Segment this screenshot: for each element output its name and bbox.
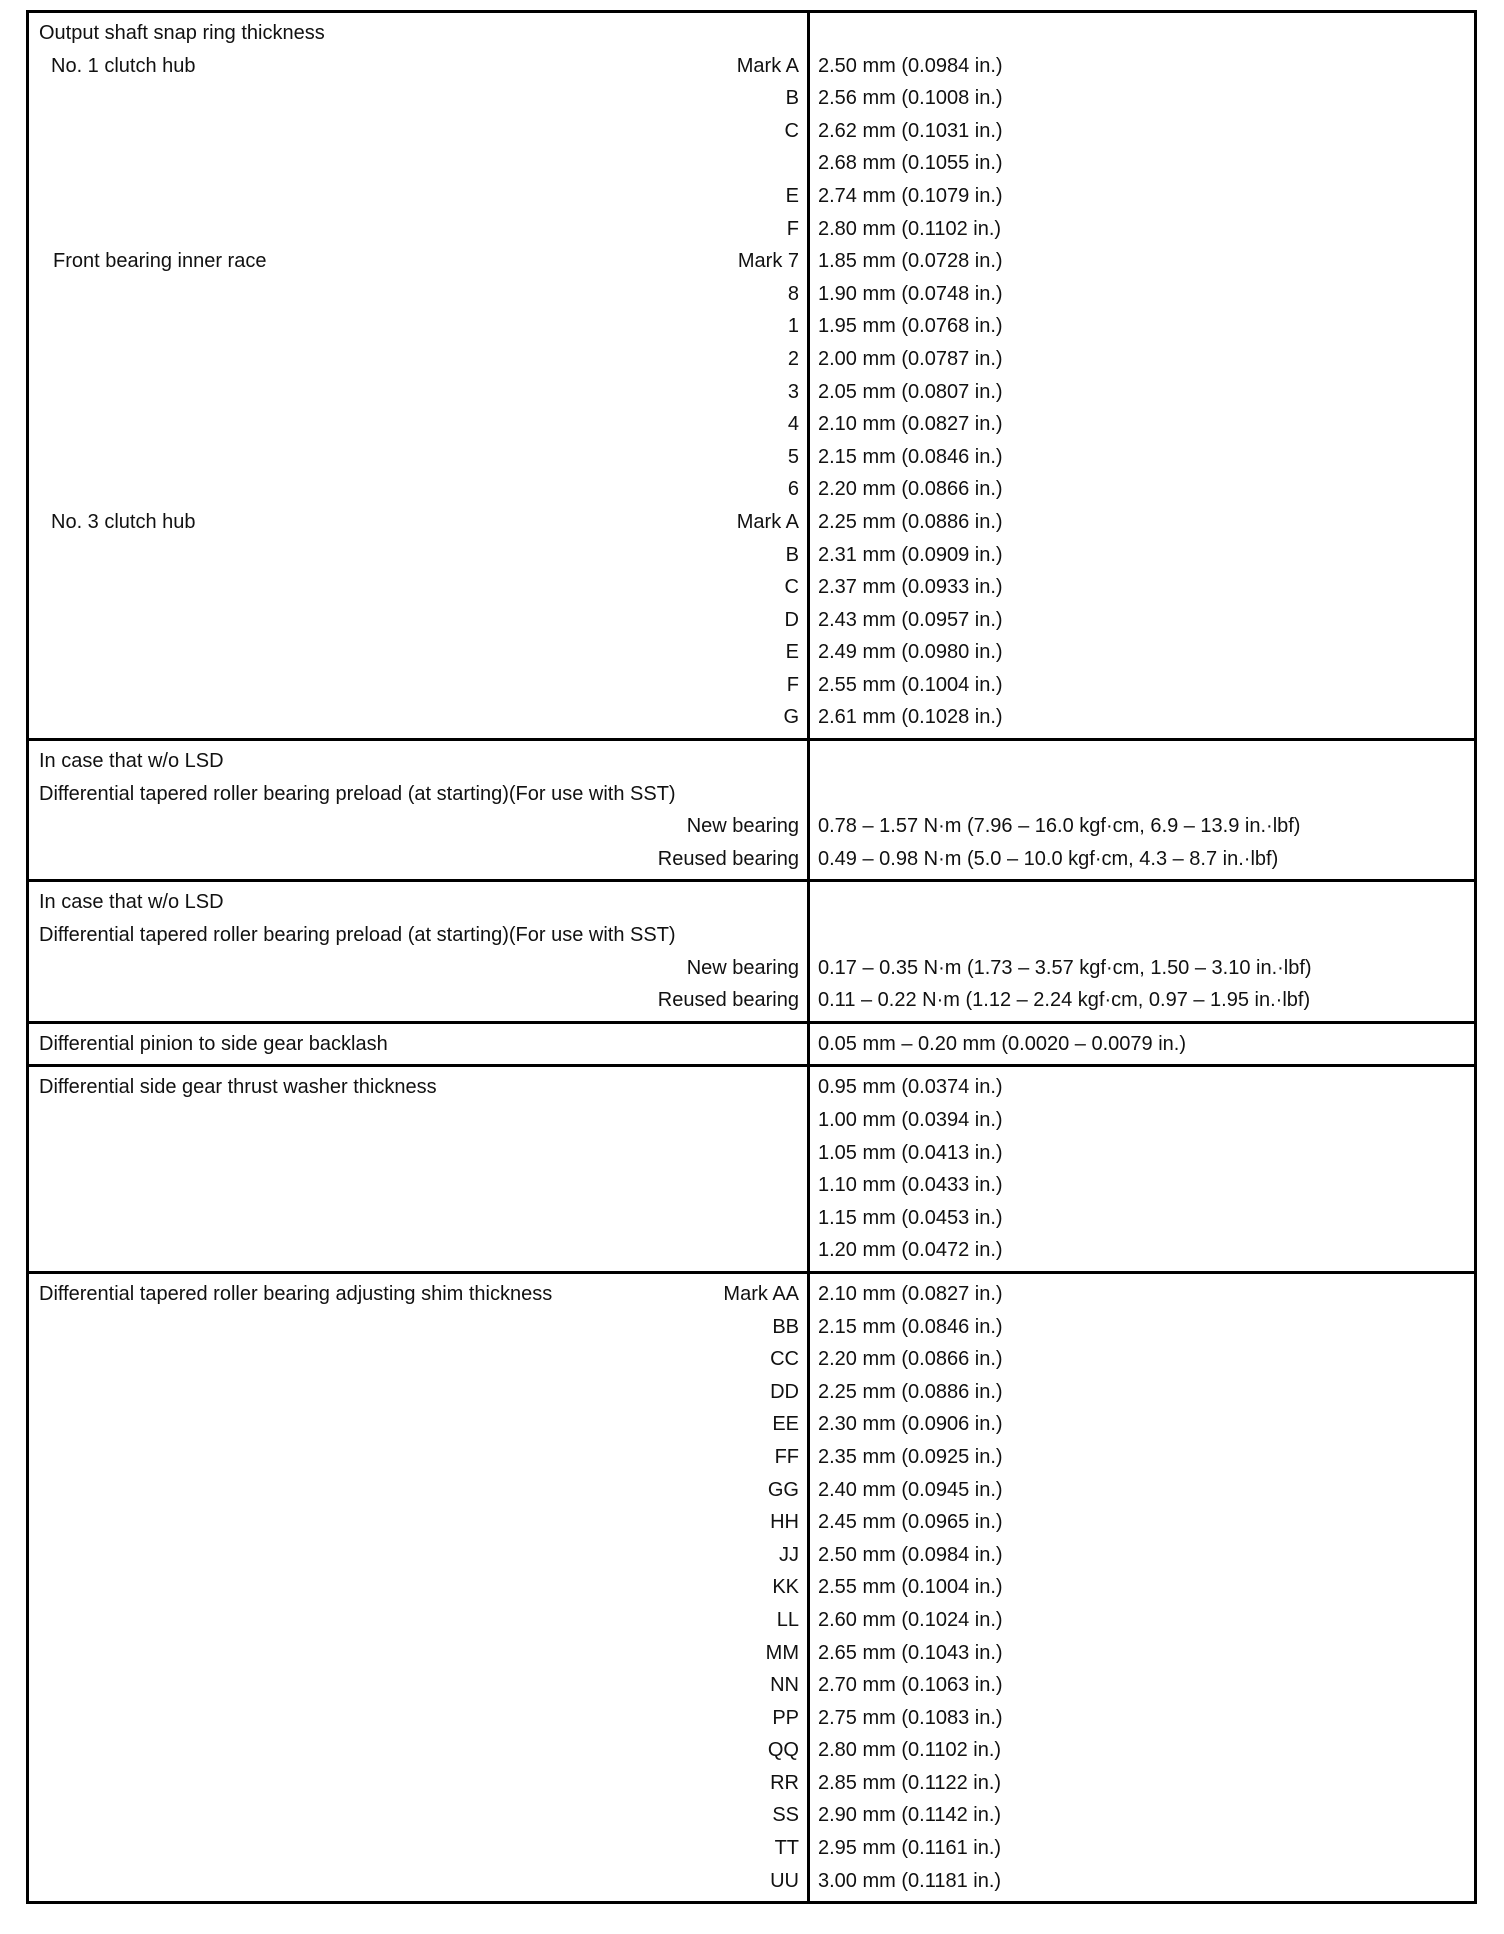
item-label (39, 1441, 775, 1474)
spec-value: 0.95 mm (0.0374 in.) (818, 1071, 1474, 1104)
mark-label: GG (768, 1474, 799, 1507)
spec-row-label: 1 (39, 310, 799, 343)
spec-row-label (39, 1169, 799, 1202)
item-label: Differential side gear thrust washer thi… (39, 1071, 799, 1104)
spec-row-label: C (39, 115, 799, 148)
mark-label: TT (775, 1832, 799, 1865)
spec-row-label: MM (39, 1637, 799, 1670)
spec-value: 2.55 mm (0.1004 in.) (818, 1571, 1474, 1604)
spec-row-label (39, 1104, 799, 1137)
item-label (39, 376, 788, 409)
spec-row-label: NN (39, 1669, 799, 1702)
spec-row-label: PP (39, 1702, 799, 1735)
item-label (39, 1539, 779, 1572)
mark-label: F (787, 213, 799, 246)
spec-row-label: In case that w/o LSD (39, 886, 799, 919)
item-label (39, 1669, 770, 1702)
item-label (39, 147, 799, 180)
mark-label: 2 (788, 343, 799, 376)
mark-label: Mark 7 (738, 245, 799, 278)
spec-row-label: 4 (39, 408, 799, 441)
spec-row-label: SS (39, 1799, 799, 1832)
spec-value: 2.95 mm (0.1161 in.) (818, 1832, 1474, 1865)
item-label (39, 669, 787, 702)
mark-label: 1 (788, 310, 799, 343)
spec-row-label: F (39, 669, 799, 702)
item-label (39, 1311, 772, 1344)
mark-label: HH (770, 1506, 799, 1539)
item-label (39, 636, 786, 669)
item-label: Differential tapered roller bearing adju… (39, 1278, 723, 1311)
mark-label: CC (770, 1343, 799, 1376)
spec-row-label: JJ (39, 1539, 799, 1572)
spec-labels-column: Differential pinion to side gear backlas… (29, 1024, 810, 1065)
spec-value: 2.25 mm (0.0886 in.) (818, 506, 1474, 539)
mark-label: B (786, 82, 799, 115)
spec-value: 2.90 mm (0.1142 in.) (818, 1799, 1474, 1832)
spec-table: Output shaft snap ring thicknessNo. 1 cl… (26, 10, 1477, 1904)
mark-label: JJ (779, 1539, 799, 1572)
spec-value: 2.45 mm (0.0965 in.) (818, 1506, 1474, 1539)
item-label (39, 1734, 768, 1767)
spec-value (818, 919, 1474, 952)
spec-row-label: E (39, 636, 799, 669)
spec-row-label: GG (39, 1474, 799, 1507)
spec-values-column: 0.17 – 0.35 N·m (1.73 – 3.57 kgf·cm, 1.5… (810, 882, 1474, 1020)
mark-label: Mark A (737, 50, 799, 83)
item-label: Differential pinion to side gear backlas… (39, 1028, 799, 1061)
spec-row-label: UU (39, 1865, 799, 1898)
mark-label: E (786, 636, 799, 669)
spec-values-column: 0.95 mm (0.0374 in.)1.00 mm (0.0394 in.)… (810, 1067, 1474, 1271)
spec-value: 0.05 mm – 0.20 mm (0.0020 – 0.0079 in.) (818, 1028, 1474, 1061)
spec-row-label: In case that w/o LSD (39, 745, 799, 778)
spec-row-label: E (39, 180, 799, 213)
spec-row-label: Output shaft snap ring thickness (39, 17, 799, 50)
spec-value: 2.68 mm (0.1055 in.) (818, 147, 1474, 180)
item-label (39, 1408, 772, 1441)
spec-value: 2.70 mm (0.1063 in.) (818, 1669, 1474, 1702)
mark-label: Mark AA (723, 1278, 799, 1311)
spec-row-label: KK (39, 1571, 799, 1604)
spec-value: 0.78 – 1.57 N·m (7.96 – 16.0 kgf·cm, 6.9… (818, 810, 1474, 843)
spec-labels-column: Differential side gear thrust washer thi… (29, 1067, 810, 1271)
item-label (39, 115, 785, 148)
spec-row-label: Differential side gear thrust washer thi… (39, 1071, 799, 1104)
item-label (39, 1137, 799, 1170)
spec-row-label: EE (39, 1408, 799, 1441)
spec-row-label: 5 (39, 441, 799, 474)
spec-value: 2.05 mm (0.0807 in.) (818, 376, 1474, 409)
spec-section-pinion-backlash: Differential pinion to side gear backlas… (29, 1021, 1474, 1065)
spec-value: 2.55 mm (0.1004 in.) (818, 669, 1474, 702)
spec-section-thrust-washer: Differential side gear thrust washer thi… (29, 1064, 1474, 1271)
item-label (39, 984, 658, 1017)
mark-label: QQ (768, 1734, 799, 1767)
item-label (39, 1104, 799, 1137)
item-label (39, 310, 788, 343)
item-label: No. 3 clutch hub (39, 506, 737, 539)
item-label (39, 604, 785, 637)
spec-row-label: G (39, 701, 799, 734)
spec-value: 2.35 mm (0.0925 in.) (818, 1441, 1474, 1474)
item-label (39, 82, 786, 115)
spec-row-label: QQ (39, 1734, 799, 1767)
item-label (39, 1234, 799, 1267)
spec-labels-column: Differential tapered roller bearing adju… (29, 1274, 810, 1901)
item-label (39, 1799, 772, 1832)
spec-labels-column: Output shaft snap ring thicknessNo. 1 cl… (29, 13, 810, 738)
item-label (39, 843, 658, 876)
spec-values-column: 0.05 mm – 0.20 mm (0.0020 – 0.0079 in.) (810, 1024, 1474, 1065)
mark-label: B (786, 539, 799, 572)
item-label (39, 1865, 770, 1898)
spec-row-label: No. 3 clutch hubMark A (39, 506, 799, 539)
spec-row-label: 6 (39, 473, 799, 506)
spec-row-label: Reused bearing (39, 984, 799, 1017)
spec-value: 2.37 mm (0.0933 in.) (818, 571, 1474, 604)
item-label (39, 1202, 799, 1235)
spec-value: 0.17 – 0.35 N·m (1.73 – 3.57 kgf·cm, 1.5… (818, 952, 1474, 985)
spec-row-label: TT (39, 1832, 799, 1865)
item-label (39, 539, 786, 572)
spec-value: 1.00 mm (0.0394 in.) (818, 1104, 1474, 1137)
spec-value: 2.25 mm (0.0886 in.) (818, 1376, 1474, 1409)
spec-row-label (39, 147, 799, 180)
spec-value: 2.62 mm (0.1031 in.) (818, 115, 1474, 148)
item-label (39, 180, 786, 213)
spec-value: 2.80 mm (0.1102 in.) (818, 213, 1474, 246)
item-label (39, 1506, 770, 1539)
spec-value: 2.43 mm (0.0957 in.) (818, 604, 1474, 637)
spec-value: 2.20 mm (0.0866 in.) (818, 1343, 1474, 1376)
item-label (39, 1832, 775, 1865)
spec-value: 2.20 mm (0.0866 in.) (818, 473, 1474, 506)
spec-values-column: 2.10 mm (0.0827 in.)2.15 mm (0.0846 in.)… (810, 1274, 1474, 1901)
spec-row-label: HH (39, 1506, 799, 1539)
item-label: In case that w/o LSD (39, 886, 799, 919)
spec-values-column: 2.50 mm (0.0984 in.)2.56 mm (0.1008 in.)… (810, 13, 1474, 738)
spec-section-adjusting-shim: Differential tapered roller bearing adju… (29, 1271, 1474, 1901)
spec-value: 2.40 mm (0.0945 in.) (818, 1474, 1474, 1507)
item-label (39, 810, 687, 843)
mark-label: MM (766, 1637, 799, 1670)
item-label (39, 1637, 766, 1670)
spec-row-label: 3 (39, 376, 799, 409)
mark-label: KK (772, 1571, 799, 1604)
spec-row-label: FF (39, 1441, 799, 1474)
item-label (39, 701, 783, 734)
spec-row-label: DD (39, 1376, 799, 1409)
mark-label: Mark A (737, 506, 799, 539)
spec-row-label: B (39, 539, 799, 572)
mark-label: New bearing (687, 952, 799, 985)
spec-row-label: 8 (39, 278, 799, 311)
mark-label: RR (770, 1767, 799, 1800)
mark-label: New bearing (687, 810, 799, 843)
spec-labels-column: In case that w/o LSDDifferential tapered… (29, 882, 810, 1020)
spec-row-label: Differential pinion to side gear backlas… (39, 1028, 799, 1061)
item-label (39, 1571, 772, 1604)
spec-row-label (39, 1137, 799, 1170)
item-label (39, 473, 788, 506)
spec-section-output-shaft-snap-ring: Output shaft snap ring thicknessNo. 1 cl… (29, 13, 1474, 738)
mark-label: FF (775, 1441, 799, 1474)
spec-labels-column: In case that w/o LSDDifferential tapered… (29, 741, 810, 879)
spec-value: 1.10 mm (0.0433 in.) (818, 1169, 1474, 1202)
item-label (39, 1343, 770, 1376)
spec-row-label: Differential tapered roller bearing prel… (39, 778, 799, 811)
item-label (39, 571, 785, 604)
spec-value: 1.90 mm (0.0748 in.) (818, 278, 1474, 311)
spec-row-label: D (39, 604, 799, 637)
spec-value (818, 17, 1474, 50)
mark-label: G (783, 701, 799, 734)
mark-label: 4 (788, 408, 799, 441)
item-label (39, 952, 687, 985)
spec-value: 2.56 mm (0.1008 in.) (818, 82, 1474, 115)
mark-label: F (787, 669, 799, 702)
spec-row-label: Front bearing inner raceMark 7 (39, 245, 799, 278)
spec-value (818, 778, 1474, 811)
mark-label: BB (772, 1311, 799, 1344)
spec-value: 2.49 mm (0.0980 in.) (818, 636, 1474, 669)
spec-value: 2.65 mm (0.1043 in.) (818, 1637, 1474, 1670)
mark-label: C (785, 115, 799, 148)
item-label: No. 1 clutch hub (39, 50, 737, 83)
spec-value: 2.00 mm (0.0787 in.) (818, 343, 1474, 376)
mark-label: C (785, 571, 799, 604)
spec-value: 2.75 mm (0.1083 in.) (818, 1702, 1474, 1735)
spec-value (818, 745, 1474, 778)
mark-label: Reused bearing (658, 984, 799, 1017)
spec-value: 2.80 mm (0.1102 in.) (818, 1734, 1474, 1767)
item-label (39, 278, 788, 311)
spec-values-column: 0.78 – 1.57 N·m (7.96 – 16.0 kgf·cm, 6.9… (810, 741, 1474, 879)
item-label (39, 1767, 770, 1800)
spec-row-label: New bearing (39, 952, 799, 985)
item-label (39, 408, 788, 441)
mark-label: DD (770, 1376, 799, 1409)
spec-row-label: Differential tapered roller bearing adju… (39, 1278, 799, 1311)
spec-row-label: B (39, 82, 799, 115)
spec-value: 2.15 mm (0.0846 in.) (818, 441, 1474, 474)
spec-row-label: LL (39, 1604, 799, 1637)
spec-row-label: Reused bearing (39, 843, 799, 876)
spec-value: 1.05 mm (0.0413 in.) (818, 1137, 1474, 1170)
spec-value: 1.20 mm (0.0472 in.) (818, 1234, 1474, 1267)
spec-value: 1.15 mm (0.0453 in.) (818, 1202, 1474, 1235)
spec-value: 2.50 mm (0.0984 in.) (818, 50, 1474, 83)
spec-row-label (39, 1234, 799, 1267)
spec-value: 2.50 mm (0.0984 in.) (818, 1539, 1474, 1572)
spec-value: 0.49 – 0.98 N·m (5.0 – 10.0 kgf·cm, 4.3 … (818, 843, 1474, 876)
spec-value: 2.74 mm (0.1079 in.) (818, 180, 1474, 213)
spec-row-label: 2 (39, 343, 799, 376)
item-label (39, 343, 788, 376)
mark-label: UU (770, 1865, 799, 1898)
item-label: In case that w/o LSD (39, 745, 799, 778)
mark-label: 8 (788, 278, 799, 311)
item-label: Output shaft snap ring thickness (39, 17, 799, 50)
mark-label: D (785, 604, 799, 637)
mark-label: NN (770, 1669, 799, 1702)
spec-row-label: F (39, 213, 799, 246)
spec-value: 2.15 mm (0.0846 in.) (818, 1311, 1474, 1344)
item-label (39, 213, 787, 246)
spec-row-label (39, 1202, 799, 1235)
spec-value: 2.10 mm (0.0827 in.) (818, 408, 1474, 441)
spec-value: 2.85 mm (0.1122 in.) (818, 1767, 1474, 1800)
spec-row-label: RR (39, 1767, 799, 1800)
spec-value: 2.31 mm (0.0909 in.) (818, 539, 1474, 572)
spec-value: 2.61 mm (0.1028 in.) (818, 701, 1474, 734)
mark-label: 3 (788, 376, 799, 409)
item-label: Front bearing inner race (39, 245, 738, 278)
spec-value (818, 886, 1474, 919)
spec-row-label: Differential tapered roller bearing prel… (39, 919, 799, 952)
mark-label: Reused bearing (658, 843, 799, 876)
mark-label: EE (772, 1408, 799, 1441)
spec-section-diff-preload-2: In case that w/o LSDDifferential tapered… (29, 879, 1474, 1020)
item-label: Differential tapered roller bearing prel… (39, 778, 799, 811)
item-label (39, 1604, 777, 1637)
item-label (39, 441, 788, 474)
spec-value: 2.30 mm (0.0906 in.) (818, 1408, 1474, 1441)
mark-label: 5 (788, 441, 799, 474)
item-label (39, 1702, 772, 1735)
item-label (39, 1474, 768, 1507)
spec-value: 0.11 – 0.22 N·m (1.12 – 2.24 kgf·cm, 0.9… (818, 984, 1474, 1017)
item-label: Differential tapered roller bearing prel… (39, 919, 799, 952)
item-label (39, 1169, 799, 1202)
mark-label: SS (772, 1799, 799, 1832)
spec-value: 1.85 mm (0.0728 in.) (818, 245, 1474, 278)
spec-value: 1.95 mm (0.0768 in.) (818, 310, 1474, 343)
mark-label: 6 (788, 473, 799, 506)
spec-row-label: C (39, 571, 799, 604)
mark-label: LL (777, 1604, 799, 1637)
mark-label: E (786, 180, 799, 213)
spec-value: 2.10 mm (0.0827 in.) (818, 1278, 1474, 1311)
spec-row-label: BB (39, 1311, 799, 1344)
spec-row-label: No. 1 clutch hubMark A (39, 50, 799, 83)
spec-row-label: New bearing (39, 810, 799, 843)
spec-section-diff-preload-1: In case that w/o LSDDifferential tapered… (29, 738, 1474, 879)
spec-row-label: CC (39, 1343, 799, 1376)
spec-value: 2.60 mm (0.1024 in.) (818, 1604, 1474, 1637)
spec-value: 3.00 mm (0.1181 in.) (818, 1865, 1474, 1898)
mark-label: PP (772, 1702, 799, 1735)
item-label (39, 1376, 770, 1409)
